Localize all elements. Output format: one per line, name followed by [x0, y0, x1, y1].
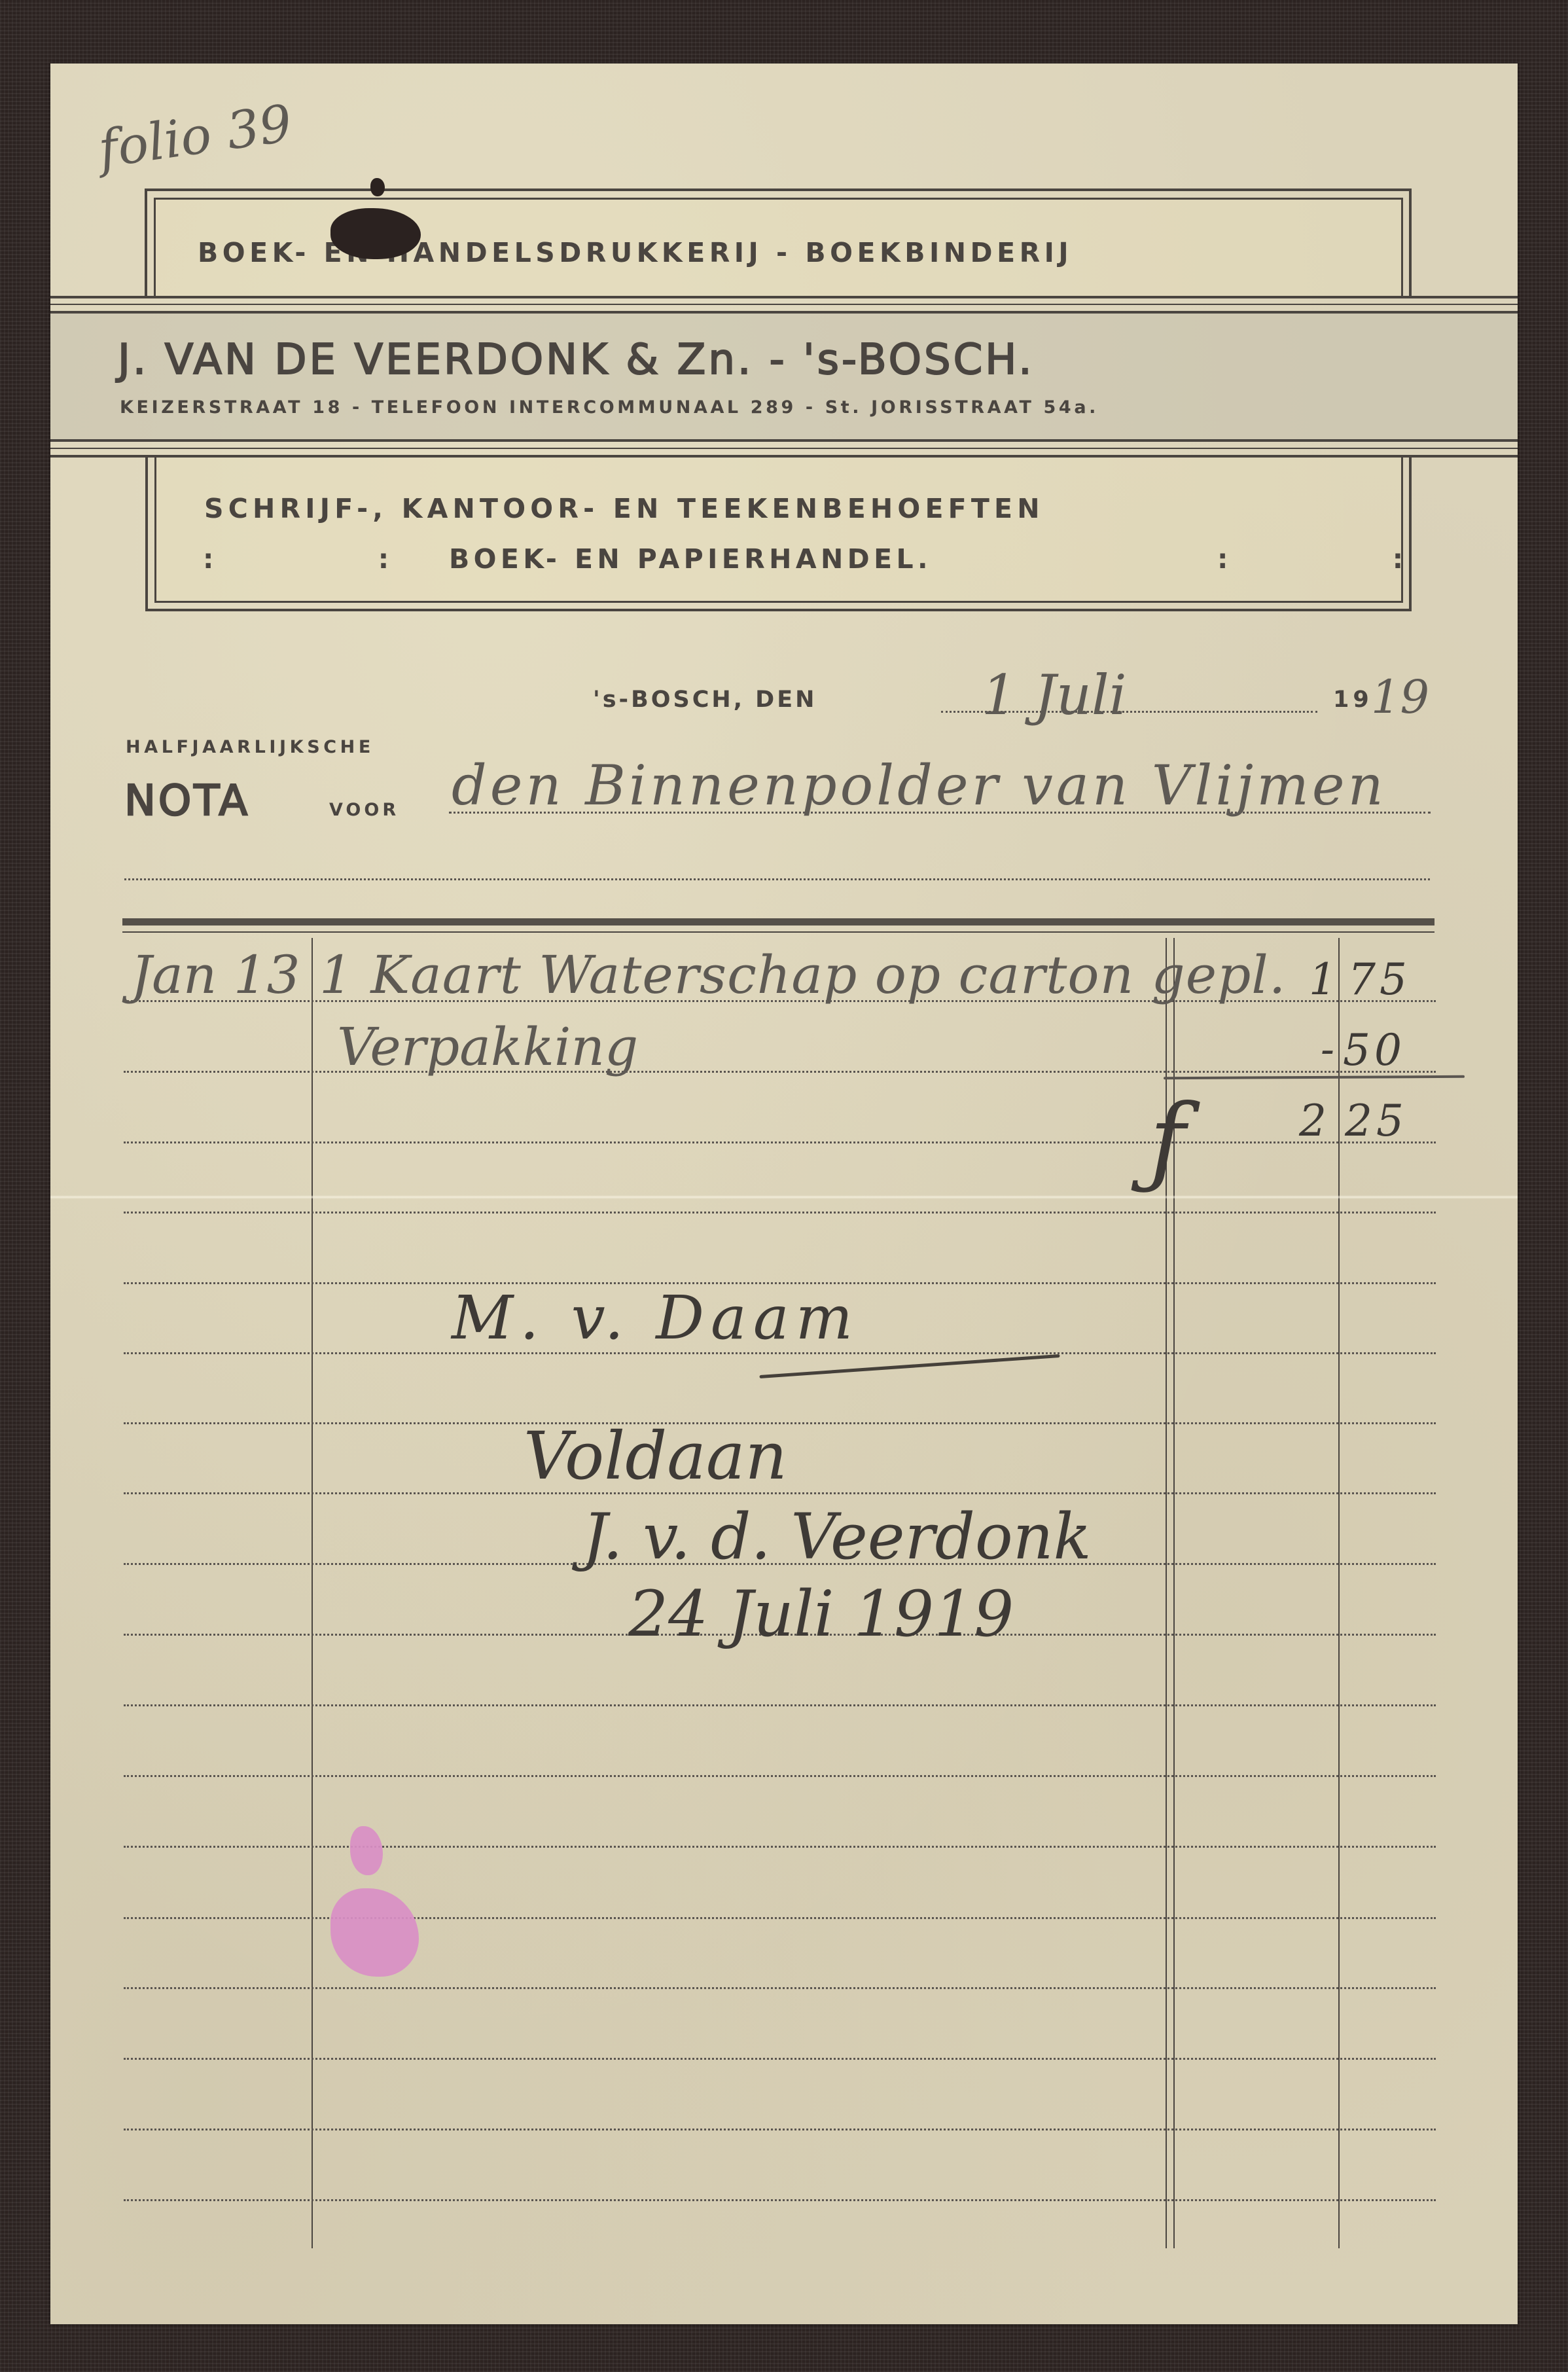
slogan-box-border [145, 609, 1412, 611]
column-divider-date [312, 938, 313, 2248]
table-top-bar [122, 918, 1434, 925]
slogan-box-border [145, 458, 148, 611]
table-row [124, 1212, 1436, 1213]
date-label: 's-BOSCH, DEN [593, 689, 817, 711]
table-row [124, 1141, 1436, 1143]
paper-hole [330, 208, 421, 259]
company-name: J. VAN DE VEERDONK & Zn. - 's-BOSCH. [118, 339, 1035, 381]
signed-by: J. v. d. Veerdonk [582, 1505, 1092, 1568]
top-box-border [154, 198, 1402, 200]
table-row [124, 1917, 1436, 1919]
line-item-guilders[interactable]: 1 [1309, 958, 1336, 1001]
extra-dotted-line [124, 878, 1430, 880]
year-printed: 19 [1333, 689, 1373, 711]
line-item-cents[interactable]: 50 [1343, 1029, 1406, 1072]
year-handwritten[interactable]: 19 [1371, 674, 1429, 720]
recipient-handwritten[interactable]: den Binnenpolder van Vlijmen [452, 758, 1387, 813]
band-rule [50, 311, 1518, 314]
table-row [124, 1775, 1436, 1777]
paper-hole [370, 178, 385, 196]
band-rule [50, 439, 1518, 442]
column-divider-cents [1338, 938, 1340, 2248]
slogan-colons-right: : : [1217, 546, 1423, 573]
invoice-title: NOTA [124, 780, 250, 822]
table-row [124, 1987, 1436, 1989]
table-row [124, 2129, 1436, 2130]
top-box-border [145, 189, 1411, 191]
slogan-box-border [154, 601, 1403, 603]
band-rule [50, 448, 1518, 449]
total-guilders[interactable]: 2 [1299, 1100, 1327, 1143]
line-item-date[interactable]: Jan 13 [131, 949, 300, 1001]
slogan-box [155, 458, 1402, 602]
date-handwritten[interactable]: 1 Juli [982, 668, 1127, 723]
line-item-description[interactable]: 1 Kaart Waterschap op carton gepl. [319, 949, 1286, 1001]
top-box-border [1401, 198, 1403, 296]
total-cents[interactable]: 25 [1345, 1100, 1408, 1143]
top-box-border [1409, 189, 1412, 296]
top-box-border [154, 198, 156, 296]
band-rule [50, 296, 1518, 298]
received-by-signature[interactable]: M. v. Daam [452, 1288, 859, 1348]
table-row [124, 1704, 1436, 1706]
line-item-cents[interactable]: 75 [1348, 958, 1411, 1001]
slogan-line-2: BOEK- EN PAPIERHANDEL. [449, 546, 932, 573]
table-row [124, 1071, 1436, 1073]
table-row [124, 2058, 1436, 2060]
band-rule [50, 304, 1518, 305]
printing-services-line: BOEK- EN HANDELSDRUKKERIJ - BOEKBINDERIJ [198, 240, 1073, 266]
slogan-box-border [1401, 458, 1403, 602]
paid-date: 24 Juli 1919 [628, 1583, 1014, 1645]
table-top-rule [122, 931, 1434, 933]
currency-symbol: ƒ [1149, 1092, 1186, 1190]
voor-label: VOOR [329, 801, 399, 819]
paid-stamp-text: Voldaan [524, 1424, 787, 1489]
invoice-subtitle: HALFJAARLIJKSCHE [126, 738, 374, 756]
slogan-colons-left: : : [203, 546, 408, 573]
slogan-line-1: SCHRIJF-, KANTOOR- EN TEEKENBEHOEFTEN [204, 495, 1044, 522]
paper-fold [50, 1195, 1518, 1199]
company-address: KEIZERSTRAAT 18 - TELEFOON INTERCOMMUNAA… [120, 399, 1099, 416]
table-row [124, 1846, 1436, 1848]
slogan-box-border [1409, 458, 1412, 611]
line-item-description[interactable]: Verpakking [337, 1021, 638, 1073]
top-box-border [145, 189, 147, 296]
slogan-box-border [154, 458, 156, 602]
table-row [124, 2199, 1436, 2201]
line-item-guilders[interactable]: - [1321, 1029, 1334, 1069]
